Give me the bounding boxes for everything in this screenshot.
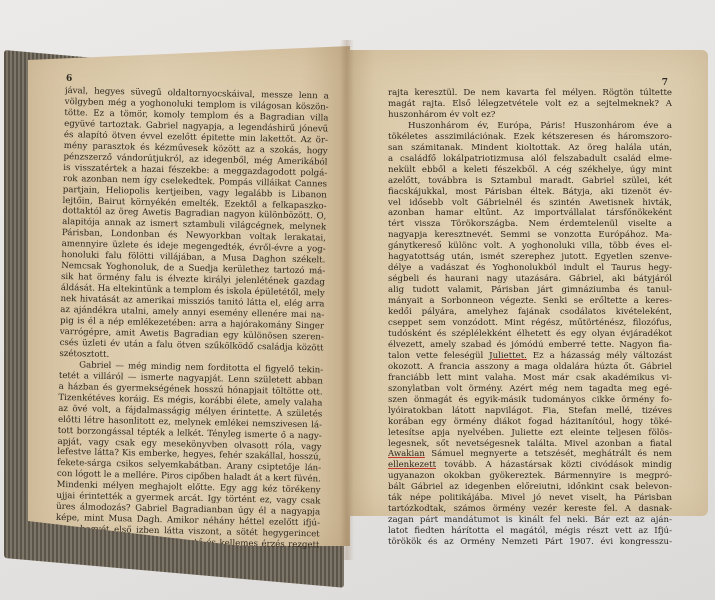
text-line: rajta keresztül. De nem kavarta fel mély…: [388, 88, 672, 99]
text-line: ségbeli és haurani nagy utazására. Gábri…: [388, 274, 672, 285]
text-line: szonylatban volt örmény. Azért még nem t…: [388, 384, 672, 395]
left-page: 6 jával, hegyes süvegű oldaltornyocskáiv…: [28, 46, 350, 546]
text-line: Huszonhárom év, Európa, Páris! Huszonhár…: [388, 121, 672, 132]
text-line: franciább lett mint valaha. Most már csa…: [388, 373, 672, 384]
text-line: a családfő lokálpatriotizmusa alól felsz…: [388, 154, 672, 165]
text-line: tökéletes asszimilációnak. Ezek kétszere…: [388, 132, 672, 143]
text-line: délye a vadászat és Yoghonolukból indult…: [388, 263, 672, 274]
text-line: alig tudott valamit, Párisban járt gimná…: [388, 285, 672, 296]
text-line: bált Gábriel az idegenben előreiutni, id…: [388, 482, 672, 493]
text-line: tért vissza Törökországba. Nem érdemtele…: [388, 219, 672, 230]
text-line: magát rajta. Első lélegzetvétele volt ez…: [388, 99, 672, 110]
text-line: cseppet sem vonzódott. Mint régész, műtö…: [388, 318, 672, 329]
text-line: fiacskájukkal, most Párisban éltek. Báty…: [388, 187, 672, 198]
text-line: Awakian Sámuel megnyerte a tetszését, me…: [388, 449, 672, 460]
text-line: legesnek, sőt nevetségesnek találta. Miv…: [388, 439, 672, 450]
text-line: tudósként és széplélekként élhetett és e…: [388, 329, 672, 340]
text-line: letesítse apja nyelvében. Juliette ezt e…: [388, 428, 672, 439]
text-line: kedői pályára, amelyhez fajának csodálat…: [388, 307, 672, 318]
text-line: zagan párt mandátumot is kinált fel neki…: [388, 515, 672, 526]
right-page-text: rajta keresztül. De nem kavarta fel mély…: [388, 88, 672, 548]
text-line: san számitanak. Mindent kioltottak. Az ö…: [388, 143, 672, 154]
text-line: talon vette feleségül Juliettet. Ez a há…: [388, 351, 672, 362]
book-spine: [340, 40, 354, 560]
text-line: nekült ebből a keleti fészekből. A cég s…: [388, 165, 672, 176]
page-number-left: 6: [66, 74, 72, 84]
text-line: gánytkereső különc volt. A yoghonoluki v…: [388, 241, 672, 252]
text-line: mányait a Sorbonneon végezte. Senki se e…: [388, 296, 672, 307]
text-line: törökök és az Örmény Nemzeti Párt 1907. …: [388, 537, 672, 548]
text-line: élvezett, amely szabad és jómódú emberré…: [388, 340, 672, 351]
text-line: azonban hamar eltűnt. Az importvállalat …: [388, 208, 672, 219]
text-line: ugyanazon okokban gyökereztek. Bármennyi…: [388, 471, 672, 482]
text-line: tartózkodtak, számos örmény vezér kerest…: [388, 504, 672, 515]
text-line: hagyatottság után, ismét szerephez jutot…: [388, 252, 672, 263]
text-line: lyóiratokban látott napvilágot. Fia, Ste…: [388, 406, 672, 417]
text-line: latot fiedten hárította el magától, mégi…: [388, 526, 672, 537]
text-line: szen önmagát és egyik-másik tudományos c…: [388, 395, 672, 406]
text-line: ták népe politikájába. Mivel jó nevet vi…: [388, 493, 672, 504]
text-line: nagyapja keresztnevét. Semmi se vonzotta…: [388, 230, 672, 241]
page-number-right: 7: [662, 78, 668, 88]
text-line: huszonhárom év volt ez?: [388, 110, 672, 121]
text-line: okozott. A francia asszony a maga oldalá…: [388, 362, 672, 373]
left-page-text: jával, hegyes süvegű oldaltornyocskáival…: [55, 86, 329, 551]
text-line: korában egy örmény diákot fogad házitaní…: [388, 417, 672, 428]
text-line: vel idősebb volt Gábrielnél és szintén A…: [388, 198, 672, 209]
right-page: 7 rajta keresztül. De nem kavarta fel mé…: [346, 50, 708, 516]
text-line: ellenkezett tovább. A házastársak közti …: [388, 460, 672, 471]
text-line: azelőtt, továbbra is Sztambul maradt. Ga…: [388, 176, 672, 187]
